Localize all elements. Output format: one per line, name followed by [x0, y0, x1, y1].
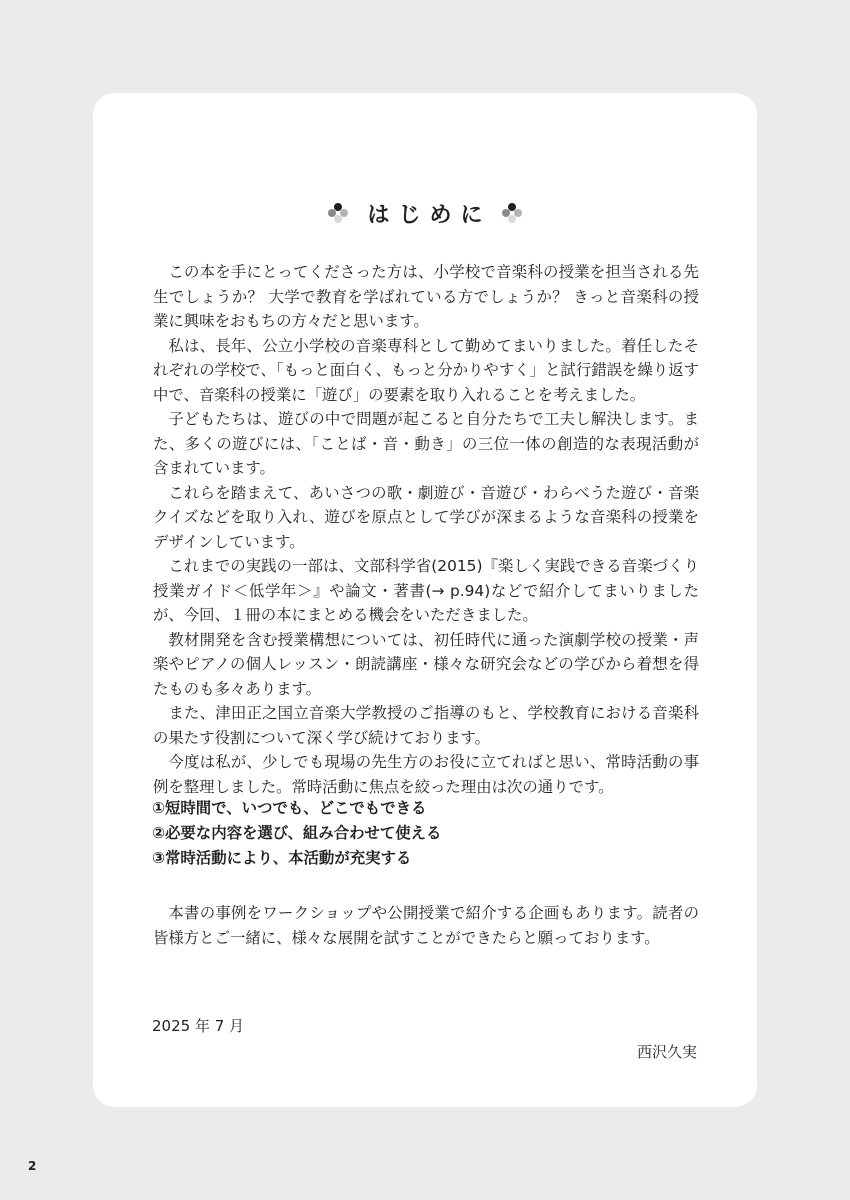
paragraph: これらを踏まえて、あいさつの歌・劇遊び・音遊び・わらべうた遊び・音楽クイズなどを…: [153, 481, 699, 555]
page-title: はじめに: [367, 198, 491, 229]
reason-item: ①短時間で、いつでも、どこでもできる: [152, 796, 652, 821]
introduction-body: この本を手にとってくださった方は、小学校で音楽科の授業を担当される先生でしょうか…: [153, 260, 699, 799]
page-number: 2: [28, 1159, 36, 1173]
reasons-list: ①短時間で、いつでも、どこでもできる ②必要な内容を選び、組み合わせて使える ③…: [152, 796, 652, 871]
closing-paragraph: 本書の事例をワークショップや公開授業で紹介する企画もあります。読者の皆様方とご一…: [153, 901, 699, 950]
paragraph: また、津田正之国立音楽大学教授のご指導のもと、学校教育における音楽科の果たす役割…: [153, 701, 699, 750]
paragraph: 教材開発を含む授業構想については、初任時代に通った演劇学校の授業・声楽やピアノの…: [153, 628, 699, 702]
flower-ornament-icon: [501, 202, 523, 224]
reason-item: ②必要な内容を選び、組み合わせて使える: [152, 821, 652, 846]
paragraph: 子どもたちは、遊びの中で問題が起こると自分たちで工夫し解決します。また、多くの遊…: [153, 407, 699, 481]
paragraph: これまでの実践の一部は、文部科学省(2015)『楽しく実践できる音楽づくり授業ガ…: [153, 554, 699, 628]
paragraph: この本を手にとってくださった方は、小学校で音楽科の授業を担当される先生でしょうか…: [153, 260, 699, 334]
paragraph: 今度は私が、少しでも現場の先生方のお役に立てればと思い、常時活動の事例を整理しま…: [153, 750, 699, 799]
flower-ornament-icon: [327, 202, 349, 224]
date: 2025 年 7 月: [152, 1015, 244, 1037]
heading-row: はじめに: [0, 196, 850, 230]
reason-item: ③常時活動により、本活動が充実する: [152, 846, 652, 871]
paragraph: 私は、長年、公立小学校の音楽専科として勤めてまいりました。着任したそれぞれの学校…: [153, 334, 699, 408]
closing-section: 本書の事例をワークショップや公開授業で紹介する企画もあります。読者の皆様方とご一…: [153, 901, 699, 950]
author-name: 西沢久実: [637, 1041, 697, 1063]
